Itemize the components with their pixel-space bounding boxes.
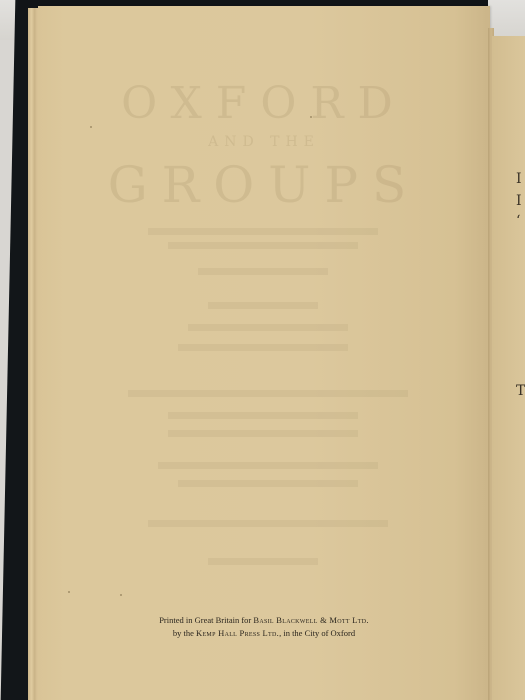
show-through-line [188, 324, 348, 331]
paper-speck [68, 591, 70, 593]
show-through-line [128, 390, 408, 397]
right-page-glyph: I [516, 172, 522, 186]
paper-speck [310, 116, 312, 118]
left-page: OXFORD AND THE GROUPS Printed in Great B… [38, 6, 490, 700]
paper-speck [90, 126, 92, 128]
right-page-glyph: ‘ [516, 214, 520, 228]
imprint-text: Printed in Great Britain for [159, 615, 253, 625]
show-through-line [168, 412, 358, 419]
imprint-line-1: Printed in Great Britain for Basil Black… [38, 614, 490, 627]
imprint-text: , in the City of Oxford [279, 628, 355, 638]
imprint-text: by the [173, 628, 196, 638]
show-through-line [178, 480, 358, 487]
show-through-line [198, 268, 328, 275]
paper-speck [120, 594, 122, 596]
imprint-line-2: by the Kemp Hall Press Ltd., in the City… [38, 627, 490, 640]
show-through-line [178, 344, 348, 351]
show-through-line [208, 558, 318, 565]
show-through-line [208, 302, 318, 309]
show-through-title-line3: GROUPS [38, 156, 490, 214]
right-page-glyph: I [516, 194, 522, 208]
publisher-name: Basil Blackwell & Mott Ltd. [253, 615, 368, 625]
show-through-line [148, 228, 378, 235]
show-through-line [168, 242, 358, 249]
printer-imprint: Printed in Great Britain for Basil Black… [38, 614, 490, 640]
show-through-title-line2: AND THE [38, 134, 490, 150]
show-through-title-line1: OXFORD [38, 78, 490, 129]
right-page-glyph: T [516, 384, 525, 398]
show-through-line [148, 520, 388, 527]
printer-name: Kemp Hall Press Ltd. [196, 628, 279, 638]
right-page [492, 36, 525, 700]
show-through-line [158, 462, 378, 469]
show-through-line [168, 430, 358, 437]
